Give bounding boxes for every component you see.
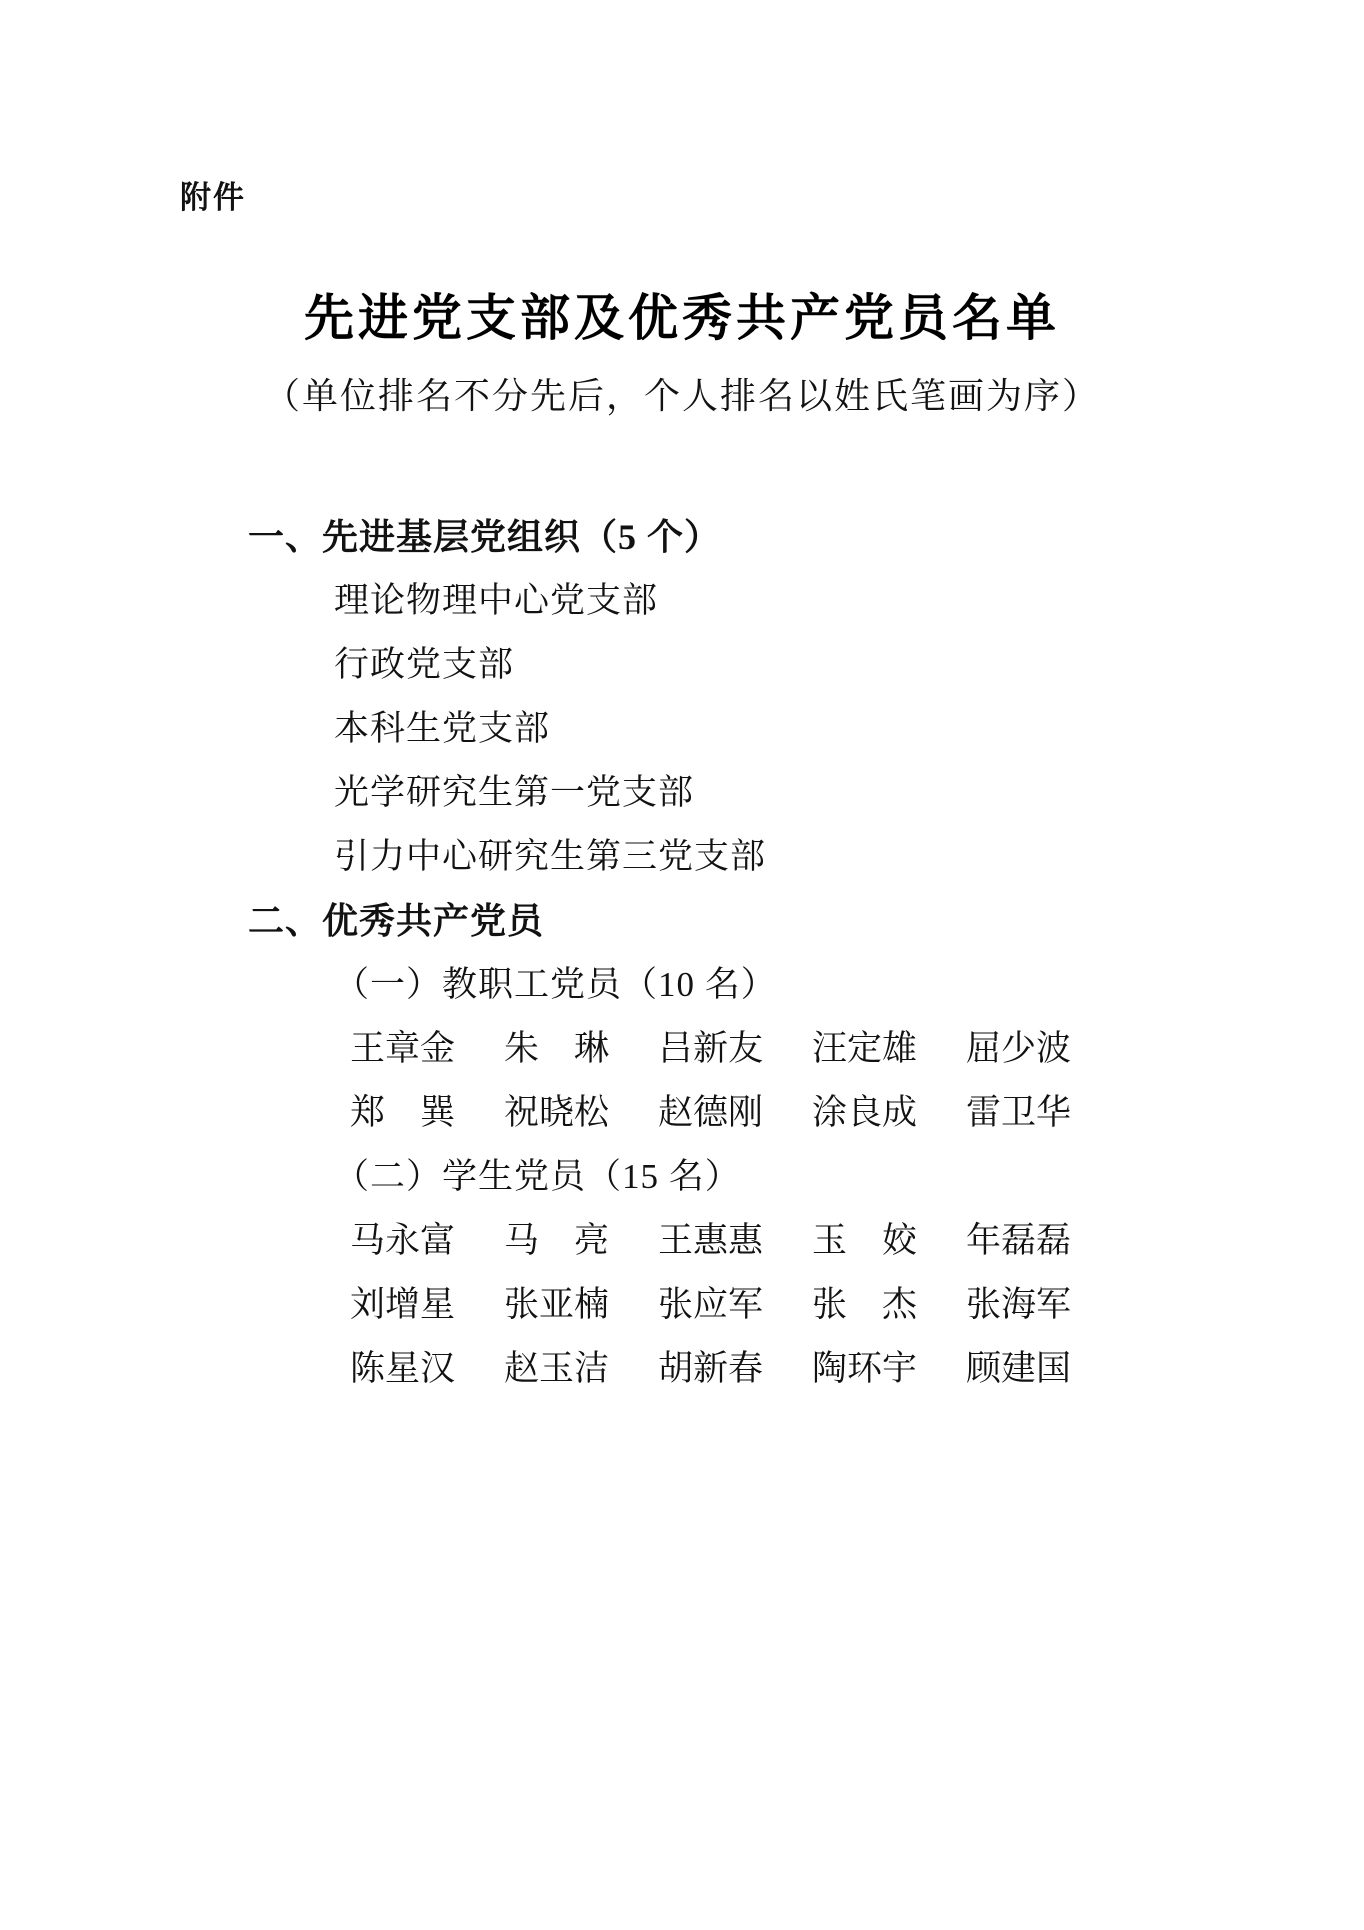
member-name: 雷卫华 xyxy=(966,1081,1120,1145)
member-name: 顾建国 xyxy=(966,1337,1120,1401)
member-name: 祝晓松 xyxy=(504,1081,658,1145)
member-name: 屈少波 xyxy=(966,1017,1120,1081)
document-subtitle: （单位排名不分先后，个人排名以姓氏笔画为序） xyxy=(0,372,1364,420)
name-row: 马永富 马 亮 王惠惠 玉 姣 年磊磊 xyxy=(350,1209,1364,1273)
subsection-heading-faculty-members: （一）教职工党员（10 名） xyxy=(334,953,1364,1017)
member-name: 胡新春 xyxy=(658,1337,812,1401)
list-item-branch: 理论物理中心党支部 xyxy=(334,569,1364,633)
member-name: 张应军 xyxy=(658,1273,812,1337)
list-item-branch: 引力中心研究生第三党支部 xyxy=(334,825,1364,889)
member-name: 年磊磊 xyxy=(966,1209,1120,1273)
list-item-branch: 光学研究生第一党支部 xyxy=(334,761,1364,825)
subsection-heading-student-members: （二）学生党员（15 名） xyxy=(334,1145,1364,1209)
list-item-branch: 行政党支部 xyxy=(334,633,1364,697)
document-body: 一、先进基层党组织（5 个） 理论物理中心党支部 行政党支部 本科生党支部 光学… xyxy=(0,505,1364,1401)
member-name: 吕新友 xyxy=(658,1017,812,1081)
member-name: 张亚楠 xyxy=(504,1273,658,1337)
name-row: 陈星汉 赵玉洁 胡新春 陶环宇 顾建国 xyxy=(350,1337,1364,1401)
list-item-branch: 本科生党支部 xyxy=(334,697,1364,761)
name-row: 刘增星 张亚楠 张应军 张 杰 张海军 xyxy=(350,1273,1364,1337)
member-name: 赵德刚 xyxy=(658,1081,812,1145)
member-name: 张 杰 xyxy=(812,1273,966,1337)
document-title: 先进党支部及优秀共产党员名单 xyxy=(0,288,1364,348)
member-name: 陶环宇 xyxy=(812,1337,966,1401)
attachment-label: 附件 xyxy=(180,178,246,218)
member-name: 赵玉洁 xyxy=(504,1337,658,1401)
member-name: 张海军 xyxy=(966,1273,1120,1337)
member-name: 郑 巽 xyxy=(350,1081,504,1145)
member-name: 王章金 xyxy=(350,1017,504,1081)
section-heading-outstanding-members: 二、优秀共产党员 xyxy=(248,889,1364,953)
member-name: 马 亮 xyxy=(504,1209,658,1273)
name-row: 王章金 朱 琳 吕新友 汪定雄 屈少波 xyxy=(350,1017,1364,1081)
member-name: 王惠惠 xyxy=(658,1209,812,1273)
member-name: 玉 姣 xyxy=(812,1209,966,1273)
member-name: 陈星汉 xyxy=(350,1337,504,1401)
name-row: 郑 巽 祝晓松 赵德刚 涂良成 雷卫华 xyxy=(350,1081,1364,1145)
member-name: 刘增星 xyxy=(350,1273,504,1337)
member-name: 涂良成 xyxy=(812,1081,966,1145)
member-name: 马永富 xyxy=(350,1209,504,1273)
member-name: 汪定雄 xyxy=(812,1017,966,1081)
document-page: 附件 先进党支部及优秀共产党员名单 （单位排名不分先后，个人排名以姓氏笔画为序）… xyxy=(0,0,1364,1930)
member-name: 朱 琳 xyxy=(504,1017,658,1081)
section-heading-advanced-organizations: 一、先进基层党组织（5 个） xyxy=(248,505,1364,569)
